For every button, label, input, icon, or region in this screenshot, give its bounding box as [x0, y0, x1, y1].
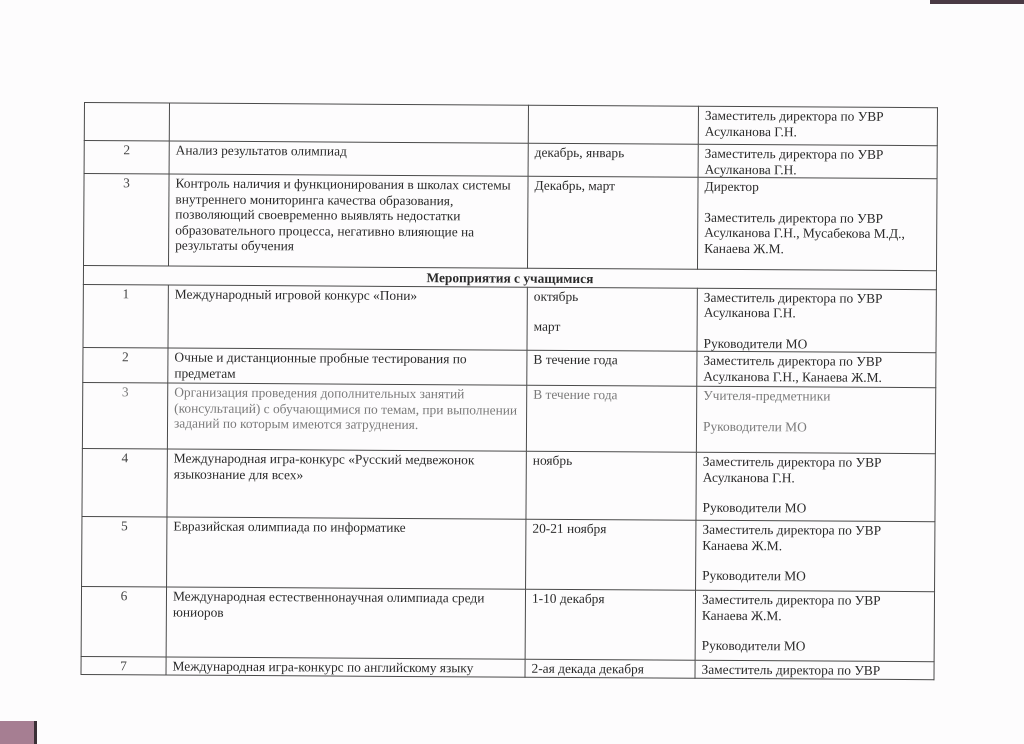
scan-corner-mark [0, 721, 37, 744]
document-page: Заместитель директора по УВРАсулканова Г… [80, 102, 936, 680]
line-gap [704, 320, 930, 336]
dates-cell: 2-ая декада декабря [525, 659, 695, 678]
date-line: В течение года [533, 387, 690, 403]
activity-table: Заместитель директора по УВРАсулканова Г… [80, 102, 937, 680]
responsible-line: Асулканова Г.Н. [704, 305, 930, 322]
table-row: 7Международная игра-конкурс по английско… [81, 656, 934, 679]
dates-cell: 20-21 ноября [526, 519, 696, 590]
scan-edge-strip [930, 0, 1024, 4]
event-cell: Международная игра-конкурс по английском… [166, 657, 525, 677]
row-number: 3 [84, 174, 170, 267]
responsible-line: Руководители МО [703, 335, 929, 352]
table-row: 4Международная игра-конкурс «Русский мед… [82, 448, 935, 521]
responsible-cell: Заместитель директора по УВР [695, 660, 934, 679]
date-line: март [534, 319, 691, 335]
dates-cell: В течение года [526, 385, 696, 452]
table-row: 3Контроль наличия и функционирования в ш… [84, 174, 938, 271]
table-row: 2Анализ результатов олимпиаддекабрь, янв… [84, 141, 937, 179]
responsible-line: Заместитель директора по УВР [704, 209, 930, 226]
line-gap [534, 304, 691, 320]
table-row: 2Очные и дистанционные пробные тестирова… [83, 347, 936, 387]
responsible-cell: Заместитель директора по УВРАсулканова Г… [697, 351, 936, 387]
event-cell [169, 103, 528, 143]
row-number: 1 [83, 284, 168, 348]
responsible-line: Канаева Ж.М. [702, 537, 928, 554]
responsible-line: Заместитель директора по УВР [701, 662, 927, 679]
responsible-cell: Заместитель директора по УВРАсулканова Г… [698, 106, 937, 145]
row-number: 2 [83, 347, 168, 383]
responsible-line: Канаева Ж.М. [702, 607, 928, 624]
row-number: 6 [81, 586, 166, 657]
dates-cell [528, 105, 698, 144]
responsible-line: Руководители МО [702, 568, 928, 585]
date-line: октябрь [534, 288, 691, 304]
line-gap [703, 403, 929, 419]
responsible-line: Учителя-предметники [703, 388, 929, 405]
responsible-line: Руководители МО [702, 638, 928, 655]
responsible-line: Заместитель директора по УВР [703, 454, 929, 471]
table-row: 3Организация проведения дополнительных з… [82, 382, 935, 453]
event-cell: Международный игровой конкурс «Пони» [168, 285, 527, 351]
dates-cell: декабрь, январь [528, 143, 698, 177]
date-line: Декабрь, март [534, 178, 691, 194]
methodical-rows: Заместитель директора по УВРАсулканова Г… [84, 103, 938, 271]
line-gap [703, 485, 929, 501]
date-line: В течение года [533, 352, 690, 368]
responsible-line: Асулканова Г.Н. [705, 123, 931, 140]
table-row: 6Международная естественнонаучная олимпи… [81, 586, 934, 661]
dates-cell: 1-10 декабря [525, 589, 695, 660]
event-cell: Международная естественнонаучная олимпиа… [166, 587, 525, 659]
responsible-cell: Заместитель директора по УВРАсулканова Г… [696, 452, 935, 521]
table-row: 5Евразийская олимпиада по информатике20-… [82, 516, 935, 591]
row-number [84, 103, 169, 142]
event-cell: Евразийская олимпиада по информатике [167, 517, 526, 589]
responsible-line: Руководители МО [703, 418, 929, 435]
event-cell: Очные и дистанционные пробные тестирован… [168, 348, 527, 385]
dates-cell: ноябрь [526, 451, 696, 520]
table-row: Заместитель директора по УВРАсулканова Г… [84, 103, 937, 146]
responsible-line: Асулканова Г.Н. [705, 161, 931, 178]
responsible-cell: Заместитель директора по УВРАсулканова Г… [698, 144, 937, 178]
dates-cell: Декабрь, март [527, 176, 698, 269]
responsible-line: Заместитель директора по УВР [702, 592, 928, 609]
date-line: ноябрь [533, 453, 690, 469]
responsible-line: Директор [704, 179, 930, 196]
row-number: 2 [84, 141, 169, 175]
responsible-cell: ДиректорЗаместитель директора по УВРАсул… [697, 177, 937, 270]
date-line: 20-21 ноября [532, 521, 689, 537]
row-number: 3 [82, 382, 167, 449]
responsible-line: Заместитель директора по УВР [704, 289, 930, 306]
event-cell: Анализ результатов олимпиад [169, 141, 528, 176]
date-line: декабрь, январь [535, 145, 692, 161]
responsible-line: Заместитель директора по УВР [702, 522, 928, 539]
row-number: 5 [82, 516, 167, 587]
student-rows: 1Международный игровой конкурс «Пони»окт… [81, 284, 936, 680]
responsible-line: Заместитель директора по УВР [705, 108, 931, 125]
responsible-cell: Заместитель директора по УВРКанаева Ж.М.… [695, 590, 934, 661]
event-cell: Международная игра-конкурс «Русский медв… [167, 449, 526, 519]
responsible-cell: Заместитель директора по УВРАсулканова Г… [697, 288, 936, 353]
line-gap [702, 623, 928, 639]
responsible-line: Асулканова Г.Н., Мусабекова М.Д., [704, 225, 930, 242]
responsible-line: Асулканова Г.Н., Канаева Ж.М. [703, 368, 929, 385]
dates-cell: В течение года [527, 350, 697, 386]
event-cell: Контроль наличия и функционирования в шк… [168, 174, 528, 268]
responsible-line: Канаева Ж.М. [704, 240, 930, 257]
line-gap [535, 107, 692, 123]
row-number: 4 [82, 448, 167, 517]
responsible-cell: Заместитель директора по УВРКанаева Ж.М.… [696, 520, 935, 591]
responsible-line: Заместитель директора по УВР [705, 146, 931, 163]
line-gap [704, 194, 930, 210]
table-row: 1Международный игровой конкурс «Пони»окт… [83, 284, 936, 353]
responsible-line: Заместитель директора по УВР [703, 353, 929, 370]
date-line: 1-10 декабря [532, 591, 689, 607]
responsible-cell: Учителя-предметникиРуководители МО [696, 386, 935, 453]
dates-cell: октябрьмарт [527, 287, 697, 352]
event-cell: Организация проведения дополнительных за… [167, 383, 526, 451]
responsible-line: Асулканова Г.Н. [703, 469, 929, 486]
line-gap [702, 553, 928, 569]
date-line: 2-ая декада декабря [532, 661, 689, 677]
responsible-line: Руководители МО [702, 500, 928, 517]
row-number: 7 [81, 656, 166, 675]
